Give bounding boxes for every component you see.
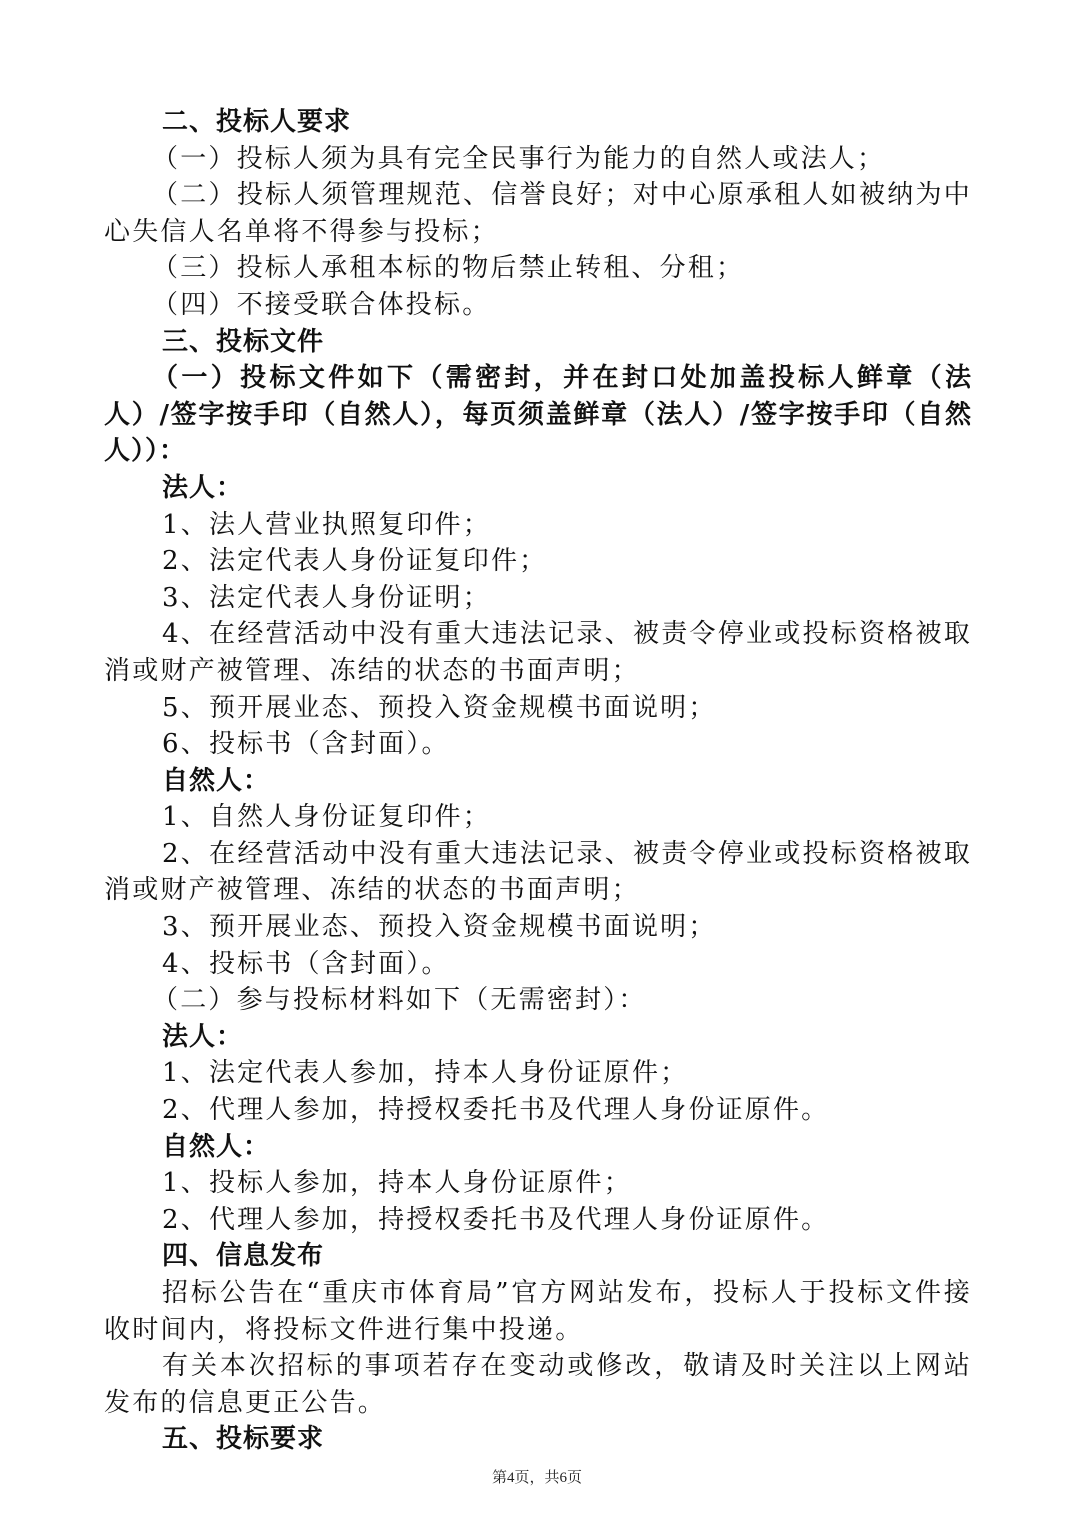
- list-item: 3、法定代表人身份证明；: [104, 580, 972, 617]
- list-item: 1、法定代表人参加，持本人身份证原件；: [104, 1055, 972, 1092]
- list-item: 2、在经营活动中没有重大违法记录、被责令停业或投标资格被取消或财产被管理、冻结的…: [104, 836, 972, 909]
- section-heading-bid-documents: 三、投标文件: [104, 324, 972, 361]
- list-item: 4、投标书（含封面）。: [104, 946, 972, 983]
- document-page: 二、投标人要求 （一）投标人须为具有完全民事行为能力的自然人或法人； （二）投标…: [104, 104, 972, 1458]
- section-heading-bid-requirements: 五、投标要求: [104, 1421, 972, 1458]
- requirement-item: （三）投标人承租本标的物后禁止转租、分租；: [104, 250, 972, 287]
- requirement-item: （二）投标人须管理规范、信誉良好；对中心原承租人如被纳为中心失信人名单将不得参与…: [104, 177, 972, 250]
- paragraph: 招标公告在“重庆市体育局”官方网站发布，投标人于投标文件接收时间内，将投标文件进…: [104, 1275, 972, 1348]
- section-heading-information-release: 四、信息发布: [104, 1238, 972, 1275]
- list-item: 2、代理人参加，持授权委托书及代理人身份证原件。: [104, 1202, 972, 1239]
- natural-person-label: 自然人：: [104, 1129, 972, 1166]
- list-item: 1、自然人身份证复印件；: [104, 799, 972, 836]
- list-item: 3、预开展业态、预投入资金规模书面说明；: [104, 909, 972, 946]
- subsection-title-sealed-documents: （一）投标文件如下（需密封，并在封口处加盖投标人鲜章（法人）/签字按手印（自然人…: [104, 360, 972, 470]
- natural-person-label: 自然人：: [104, 763, 972, 800]
- list-item: 2、代理人参加，持授权委托书及代理人身份证原件。: [104, 1092, 972, 1129]
- list-item: 2、法定代表人身份证复印件；: [104, 543, 972, 580]
- legal-person-label: 法人：: [104, 470, 972, 507]
- subsection-title-attendance-materials: （二）参与投标材料如下（无需密封）：: [104, 982, 972, 1019]
- page-number-footer: 第4页，共6页: [0, 1466, 1074, 1487]
- list-item: 4、在经营活动中没有重大违法记录、被责令停业或投标资格被取消或财产被管理、冻结的…: [104, 616, 972, 689]
- list-item: 1、投标人参加，持本人身份证原件；: [104, 1165, 972, 1202]
- list-item: 5、预开展业态、预投入资金规模书面说明；: [104, 690, 972, 727]
- legal-person-label: 法人：: [104, 1019, 972, 1056]
- list-item: 1、法人营业执照复印件；: [104, 507, 972, 544]
- paragraph: 有关本次招标的事项若存在变动或修改，敬请及时关注以上网站发布的信息更正公告。: [104, 1348, 972, 1421]
- list-item: 6、投标书（含封面）。: [104, 726, 972, 763]
- section-heading-bidder-requirements: 二、投标人要求: [104, 104, 972, 141]
- requirement-item: （四）不接受联合体投标。: [104, 287, 972, 324]
- requirement-item: （一）投标人须为具有完全民事行为能力的自然人或法人；: [104, 141, 972, 178]
